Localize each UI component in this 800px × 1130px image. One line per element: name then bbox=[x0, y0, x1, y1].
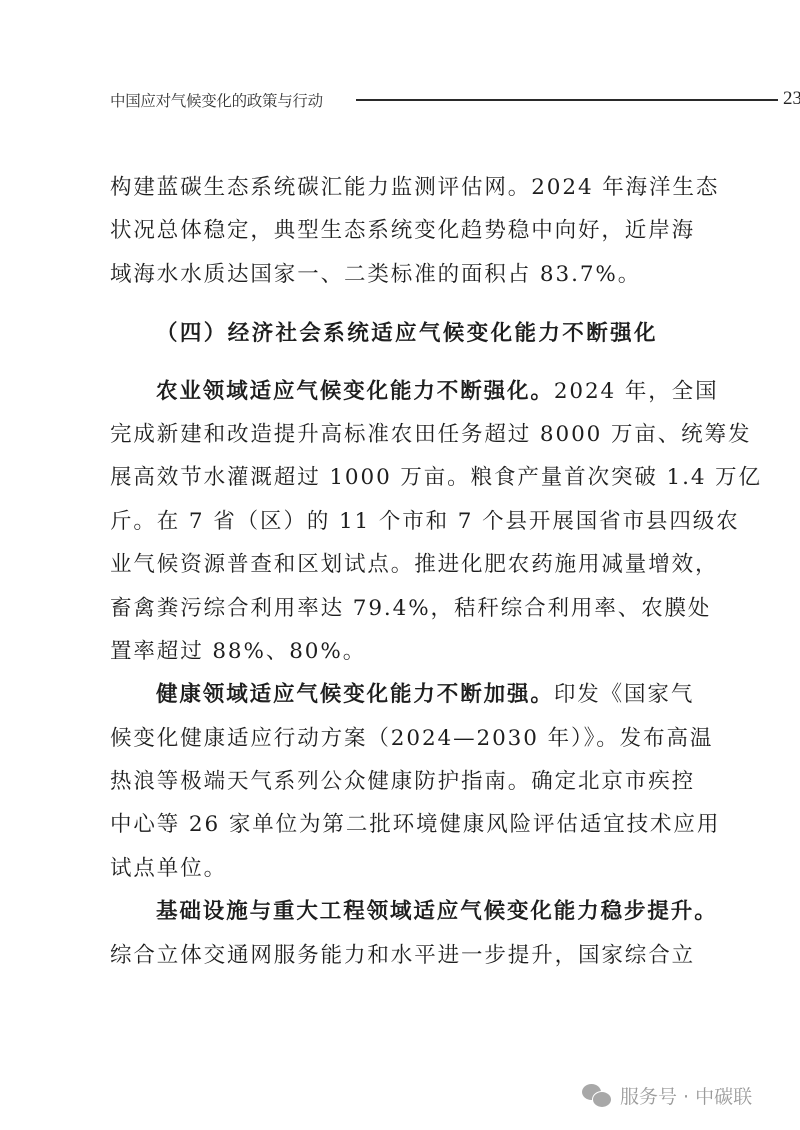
text-line: 中心等 26 家单位为第二批环境健康风险评估适宜技术应用 bbox=[110, 803, 694, 846]
paragraph-lead: 健康领域适应气候变化能力不断加强。 bbox=[156, 682, 554, 707]
watermark-text: 服务号 · 中碳联 bbox=[620, 1082, 752, 1109]
paragraph-health: 健康领域适应气候变化能力不断加强。印发《国家气 候变化健康适应行动方案（2024… bbox=[110, 673, 694, 890]
document-body: 构建蓝碳生态系统碳汇能力监测评估网。2024 年海洋生态 状况总体稳定，典型生态… bbox=[110, 166, 694, 977]
page-number: 23 bbox=[690, 88, 800, 110]
running-title: 中国应对气候变化的政策与行动 bbox=[110, 89, 323, 111]
page-header: 中国应对气候变化的政策与行动 23 bbox=[110, 88, 710, 112]
text-line: 候变化健康适应行动方案（2024—2030 年）》。发布高温 bbox=[110, 717, 694, 760]
text-line: 农业领域适应气候变化能力不断强化。2024 年，全国 bbox=[110, 370, 694, 413]
paragraph-infrastructure: 基础设施与重大工程领域适应气候变化能力稳步提升。 综合立体交通网服务能力和水平进… bbox=[110, 890, 694, 977]
paragraph-agriculture: 农业领域适应气候变化能力不断强化。2024 年，全国 完成新建和改造提升高标准农… bbox=[110, 370, 694, 674]
wechat-watermark: 服务号 · 中碳联 bbox=[582, 1082, 752, 1109]
text-line: 完成新建和改造提升高标准农田任务超过 8000 万亩、统筹发 bbox=[110, 413, 694, 456]
text-line: 展高效节水灌溉超过 1000 万亩。粮食产量首次突破 1.4 万亿 bbox=[110, 456, 694, 499]
section-heading: （四）经济社会系统适应气候变化能力不断强化 bbox=[110, 312, 694, 355]
text-line: 域海水水质达国家一、二类标准的面积占 83.7%。 bbox=[110, 253, 694, 296]
text-line: 畜禽粪污综合利用率达 79.4%，秸秆综合利用率、农膜处 bbox=[110, 587, 694, 630]
paragraph-blue-carbon: 构建蓝碳生态系统碳汇能力监测评估网。2024 年海洋生态 状况总体稳定，典型生态… bbox=[110, 166, 694, 296]
text-line: 构建蓝碳生态系统碳汇能力监测评估网。2024 年海洋生态 bbox=[110, 166, 694, 209]
text-line: 热浪等极端天气系列公众健康防护指南。确定北京市疾控 bbox=[110, 760, 694, 803]
text-line: 斤。在 7 省（区）的 11 个市和 7 个县开展国省市县四级农 bbox=[110, 500, 694, 543]
text-line: 置率超过 88%、80%。 bbox=[110, 630, 694, 673]
text-span: 印发《国家气 bbox=[554, 682, 694, 707]
text-span: 2024 年，全国 bbox=[554, 379, 719, 404]
paragraph-lead: 基础设施与重大工程领域适应气候变化能力稳步提升。 bbox=[156, 899, 718, 924]
text-line: 试点单位。 bbox=[110, 847, 694, 890]
text-line: 状况总体稳定，典型生态系统变化趋势稳中向好，近岸海 bbox=[110, 209, 694, 252]
text-line: 综合立体交通网服务能力和水平进一步提升，国家综合立 bbox=[110, 934, 694, 977]
wechat-icon bbox=[582, 1084, 612, 1108]
text-line: 健康领域适应气候变化能力不断加强。印发《国家气 bbox=[110, 673, 694, 716]
paragraph-lead: 农业领域适应气候变化能力不断强化。 bbox=[156, 379, 554, 404]
text-line: 基础设施与重大工程领域适应气候变化能力稳步提升。 bbox=[110, 890, 694, 933]
text-line: 业气候资源普查和区划试点。推进化肥农药施用减量增效， bbox=[110, 543, 694, 586]
